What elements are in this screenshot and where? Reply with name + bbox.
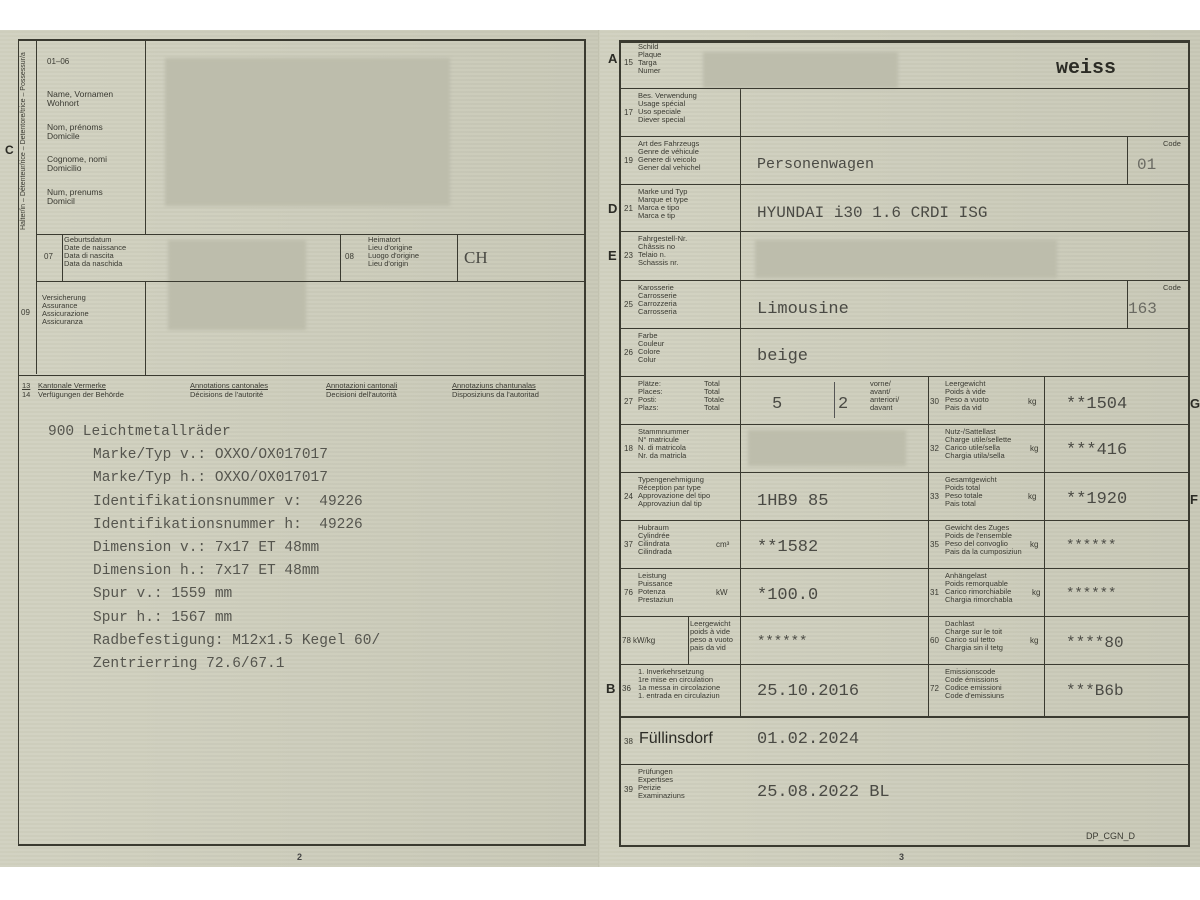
origin-number: 08 bbox=[345, 252, 354, 261]
remark-line: Zentrierring 72.6/67.1 bbox=[48, 653, 380, 676]
seats-label: Plätze: Places: Posti: Plazs: bbox=[638, 380, 663, 412]
body-label: Karosserie Carrosserie Carrozzeria Carro… bbox=[638, 284, 677, 316]
power-label: Leistung Puissance Potenza Prestaziun bbox=[638, 572, 673, 604]
type-approval-value: 1HB9 85 bbox=[757, 492, 828, 511]
special-use-label: Bes. Verwendung Usage spécial Uso specia… bbox=[638, 92, 697, 124]
total-weight-unit: kg bbox=[1028, 492, 1036, 501]
remark-line: Spur v.: 1559 mm bbox=[48, 583, 380, 606]
holder-label-rm: Num, prenums Domicil bbox=[47, 188, 103, 206]
chassis-number: 23 bbox=[624, 251, 633, 260]
remarks-number-14: 14 bbox=[22, 391, 30, 399]
remark-line: Identifikationsnummer h: 49226 bbox=[48, 514, 380, 537]
insurance-label: Versicherung Assurance Assicurazione Ass… bbox=[42, 294, 89, 326]
total-weight-value: **1920 bbox=[1066, 490, 1127, 509]
roof-load-value: ****80 bbox=[1066, 634, 1124, 652]
body-code-label: Code bbox=[1163, 284, 1181, 292]
first-registration-number: 36 bbox=[622, 684, 631, 693]
power-weight-value: ****** bbox=[757, 634, 807, 650]
empty-weight-label: Leergewicht Poids à vide Peso a vuoto Pa… bbox=[945, 380, 989, 412]
birthdate-label: Geburtsdatum Date de naissance Data di n… bbox=[64, 236, 126, 268]
remark-line: Marke/Typ v.: OXXO/OX017017 bbox=[48, 444, 380, 467]
holder-label-it: Cognome, nomi Domicilio bbox=[47, 155, 107, 173]
place-value: Füllinsdorf bbox=[639, 730, 713, 748]
holder-name-redacted bbox=[165, 58, 450, 206]
make-type-value: HYUNDAI i30 1.6 CRDI ISG bbox=[757, 204, 987, 222]
seats-number: 27 bbox=[624, 397, 633, 406]
vehicle-registration-page-2: C Halter/in – Détenteur/rice – Detentore… bbox=[0, 30, 600, 867]
power-unit: kW bbox=[716, 588, 728, 597]
remark-line: Radbefestigung: M12x1.5 Kegel 60/ bbox=[48, 630, 380, 653]
vehicle-type-label: Art des Fahrzeugs Genre de véhicule Gene… bbox=[638, 140, 701, 172]
emission-code-label: Emissionscode Code émissions Codice emis… bbox=[945, 668, 1004, 700]
remarks-col1-title: Kantonale Vermerke bbox=[38, 382, 106, 390]
remarks-col4-subtitle: Disposiziuns da l'autoritad bbox=[452, 391, 539, 399]
inspections-value: 25.08.2022 BL bbox=[757, 783, 890, 802]
displacement-unit: cm³ bbox=[716, 540, 729, 549]
power-weight-number: 78 bbox=[622, 636, 631, 645]
train-weight-value: ****** bbox=[1066, 538, 1116, 554]
trailer-load-unit: kg bbox=[1032, 588, 1040, 597]
vehicle-registration-page-3: A D E B G F 15 Schild Plaque Targa Numer… bbox=[600, 30, 1200, 867]
inspections-label: Prüfungen Expertises Perizie Examinaziun… bbox=[638, 768, 685, 800]
total-weight-number: 33 bbox=[930, 492, 939, 501]
remark-line: 900 Leichtmetallräder bbox=[48, 421, 380, 444]
empty-weight-unit: kg bbox=[1028, 397, 1036, 406]
train-weight-number: 35 bbox=[930, 540, 939, 549]
power-weight-sublabel: Leergewicht poids à vide peso a vuoto pa… bbox=[690, 620, 733, 652]
roof-load-label: Dachlast Charge sur le toit Carico sul t… bbox=[945, 620, 1003, 652]
remarks-col2-subtitle: Décisions de l'autorité bbox=[190, 391, 263, 399]
birthdate-number: 07 bbox=[44, 252, 53, 261]
make-type-number: 21 bbox=[624, 204, 633, 213]
power-weight-label: kW/kg bbox=[633, 636, 655, 645]
first-registration-value: 25.10.2016 bbox=[757, 682, 859, 701]
emission-code-value: ***B6b bbox=[1066, 682, 1124, 700]
seats-front-label: vorne/ avant/ anteriori/ davant bbox=[870, 380, 899, 412]
insurance-number: 09 bbox=[21, 308, 30, 317]
trailer-load-number: 31 bbox=[930, 588, 939, 597]
plate-redacted bbox=[703, 52, 898, 88]
body-number: 25 bbox=[624, 300, 633, 309]
body-code: 163 bbox=[1128, 300, 1157, 318]
remarks-col4-title: Annotaziuns chantunalas bbox=[452, 382, 536, 390]
holder-label-fr: Nom, prénoms Domicile bbox=[47, 123, 103, 141]
remarks-col1-subtitle: Verfügungen der Behörde bbox=[38, 391, 124, 399]
serial-label: Stammnummer N° matricule N. di matricola… bbox=[638, 428, 689, 460]
plate-value: weiss bbox=[1056, 57, 1116, 80]
power-value: *100.0 bbox=[757, 586, 818, 605]
color-value: beige bbox=[757, 347, 808, 366]
vehicle-type-number: 19 bbox=[624, 156, 633, 165]
seats-front-value: 2 bbox=[838, 395, 848, 414]
remark-line: Marke/Typ h.: OXXO/OX017017 bbox=[48, 467, 380, 490]
birthdate-redacted bbox=[168, 240, 306, 330]
page-number-right: 3 bbox=[899, 852, 904, 862]
make-type-label: Marke und Typ Marque et type Marca e tip… bbox=[638, 188, 688, 220]
chassis-label: Fahrgestell-Nr. Châssis no Telaio n. Sch… bbox=[638, 235, 687, 267]
serial-redacted bbox=[748, 430, 906, 466]
serial-number: 18 bbox=[624, 444, 633, 453]
type-approval-label: Typengenehmigung Réception par type Appr… bbox=[638, 476, 710, 508]
section-marker-a: A bbox=[608, 51, 617, 66]
empty-weight-number: 30 bbox=[930, 397, 939, 406]
color-label: Farbe Couleur Colore Colur bbox=[638, 332, 664, 364]
payload-label: Nutz-/Sattellast Charge utile/sellette C… bbox=[945, 428, 1011, 460]
section-marker-e: E bbox=[608, 248, 617, 263]
displacement-value: **1582 bbox=[757, 538, 818, 557]
remarks-col2-title: Annotations cantonales bbox=[190, 382, 268, 390]
color-number: 26 bbox=[624, 348, 633, 357]
holder-field-number: 01–06 bbox=[47, 57, 69, 66]
section-marker-f: F bbox=[1190, 492, 1198, 507]
origin-label: Heimatort Lieu d'origine Luogo d'origine… bbox=[368, 236, 419, 268]
remark-line: Identifikationsnummer v: 49226 bbox=[48, 491, 380, 514]
trailer-load-label: Anhängelast Poids remorquable Carico rim… bbox=[945, 572, 1013, 604]
vehicle-type-code-label: Code bbox=[1163, 140, 1181, 148]
plate-label: Schild Plaque Targa Numer bbox=[638, 43, 661, 75]
remarks-list: 900 Leichtmetallräder Marke/Typ v.: OXXO… bbox=[48, 421, 380, 676]
special-use-number: 17 bbox=[624, 108, 633, 117]
section-marker-g: G bbox=[1190, 396, 1200, 411]
chassis-redacted bbox=[755, 240, 1057, 278]
remark-line: Spur h.: 1567 mm bbox=[48, 607, 380, 630]
place-date-number: 38 bbox=[624, 737, 633, 746]
type-approval-number: 24 bbox=[624, 492, 633, 501]
body-value: Limousine bbox=[757, 300, 849, 319]
holder-vertical-label: Halter/in – Détenteur/rice – Detentore/t… bbox=[20, 40, 27, 230]
first-registration-label: 1. Inverkehrsetzung 1re mise en circulat… bbox=[638, 668, 720, 700]
vehicle-type-code: 01 bbox=[1137, 156, 1156, 174]
train-weight-label: Gewicht des Zuges Poids de l'ensemble Pe… bbox=[945, 524, 1022, 556]
remarks-number-13: 13 bbox=[22, 382, 30, 390]
origin-value: CH bbox=[464, 248, 488, 268]
section-marker-c: C bbox=[5, 143, 14, 157]
inspections-number: 39 bbox=[624, 785, 633, 794]
seats-total-label: Total Total Totale Total bbox=[704, 380, 724, 412]
remark-line: Dimension v.: 7x17 ET 48mm bbox=[48, 537, 380, 560]
holder-label-de: Name, Vornamen Wohnort bbox=[47, 90, 113, 108]
section-marker-d: D bbox=[608, 201, 617, 216]
payload-value: ***416 bbox=[1066, 441, 1127, 460]
displacement-number: 37 bbox=[624, 540, 633, 549]
remarks-col3-title: Annotazioni cantonali bbox=[326, 382, 397, 390]
payload-number: 32 bbox=[930, 444, 939, 453]
power-number: 76 bbox=[624, 588, 633, 597]
form-code: DP_CGN_D bbox=[1086, 831, 1135, 841]
emission-code-number: 72 bbox=[930, 684, 939, 693]
payload-unit: kg bbox=[1030, 444, 1038, 453]
date-value: 01.02.2024 bbox=[757, 730, 859, 749]
displacement-label: Hubraum Cylindrée Cilindrata Cilindrada bbox=[638, 524, 672, 556]
trailer-load-value: ****** bbox=[1066, 586, 1116, 602]
remarks-col3-subtitle: Decisioni dell'autorità bbox=[326, 391, 397, 399]
empty-weight-value: **1504 bbox=[1066, 395, 1127, 414]
remark-line: Dimension h.: 7x17 ET 48mm bbox=[48, 560, 380, 583]
section-marker-b: B bbox=[606, 681, 615, 696]
page-number-left: 2 bbox=[297, 852, 302, 862]
plate-number: 15 bbox=[624, 58, 633, 67]
roof-load-number: 60 bbox=[930, 636, 939, 645]
total-weight-label: Gesamtgewicht Poids total Peso totale Pa… bbox=[945, 476, 997, 508]
vehicle-type-value: Personenwagen bbox=[757, 156, 874, 173]
train-weight-unit: kg bbox=[1030, 540, 1038, 549]
roof-load-unit: kg bbox=[1030, 636, 1038, 645]
seats-total-value: 5 bbox=[772, 395, 782, 414]
